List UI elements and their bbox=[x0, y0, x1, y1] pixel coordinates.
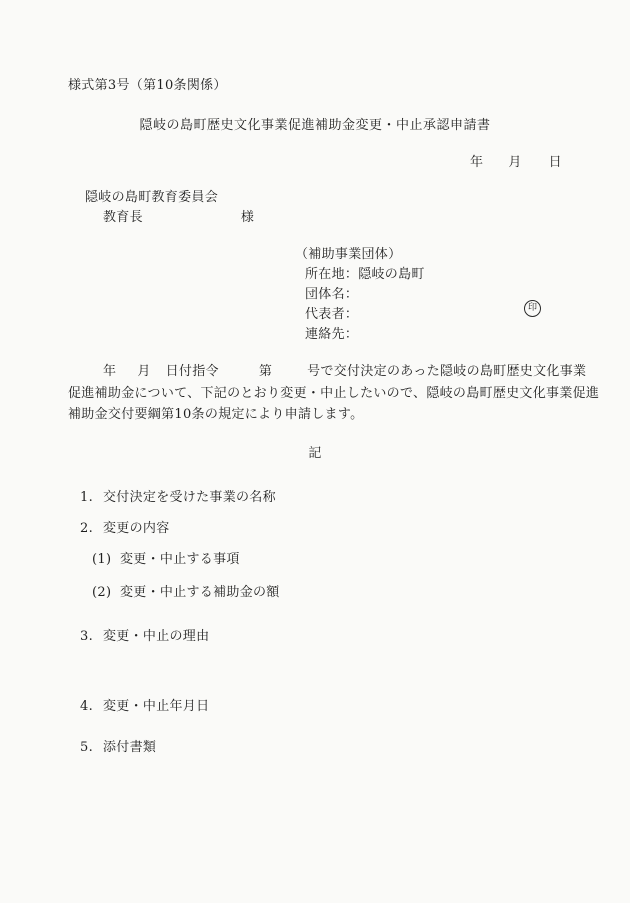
applicant-address-row: 所在地：隠岐の島町 bbox=[295, 265, 425, 285]
list-item-1-text: 交付決定を受けた事業の名称 bbox=[103, 490, 276, 506]
list-subitem-1: (1)変更・中止する事項 bbox=[92, 552, 240, 568]
list-item-3-number: 3. bbox=[80, 629, 103, 645]
seal-icon: 印 bbox=[524, 300, 541, 317]
applicant-heading: （補助事業団体） bbox=[295, 245, 425, 265]
list-item-1: 1.交付決定を受けた事業の名称 bbox=[80, 490, 276, 506]
date-day-label: 日 bbox=[549, 155, 562, 170]
list-item-4-number: 4. bbox=[80, 699, 103, 715]
addressee-organization: 隠岐の島町教育委員会 bbox=[85, 190, 218, 206]
date-line: 年月日 bbox=[470, 155, 562, 171]
document-page: 様式第3号（第10条関係） 隠岐の島町歴史文化事業促進補助金変更・中止承認申請書… bbox=[0, 0, 630, 903]
list-item-1-number: 1. bbox=[80, 490, 103, 506]
list-subitem-2: (2)変更・中止する補助金の額 bbox=[92, 585, 280, 601]
form-number: 様式第3号（第10条関係） bbox=[68, 78, 227, 94]
list-item-2: 2.変更の内容 bbox=[80, 521, 170, 537]
applicant-contact-row: 連絡先： bbox=[295, 325, 425, 345]
body-paragraph-line1: 年月日付指令第号で交付決定のあった隠岐の島町歴史文化事業 bbox=[68, 364, 586, 380]
list-item-2-text: 変更の内容 bbox=[103, 521, 170, 537]
address-label: 所在地： bbox=[305, 267, 358, 282]
addressee-line: 教育長様 bbox=[103, 210, 254, 226]
list-item-5: 5.添付書類 bbox=[80, 740, 156, 756]
body-month-blank: 月 bbox=[137, 364, 150, 379]
list-subitem-1-number: (1) bbox=[92, 552, 120, 568]
list-item-4-text: 変更・中止年月日 bbox=[103, 699, 209, 715]
list-subitem-2-number: (2) bbox=[92, 585, 120, 601]
list-subitem-1-text: 変更・中止する事項 bbox=[120, 552, 240, 568]
group-label: 団体名： bbox=[305, 287, 358, 302]
date-year-label: 年 bbox=[470, 155, 483, 170]
applicant-group-row: 団体名： bbox=[295, 285, 425, 305]
list-item-4: 4.変更・中止年月日 bbox=[80, 699, 209, 715]
list-item-3: 3.変更・中止の理由 bbox=[80, 629, 209, 645]
document-title: 隠岐の島町歴史文化事業促進補助金変更・中止承認申請書 bbox=[0, 118, 630, 134]
body-line1-rest: 号で交付決定のあった隠岐の島町歴史文化事業 bbox=[307, 364, 586, 379]
list-subitem-2-text: 変更・中止する補助金の額 bbox=[120, 585, 280, 601]
list-item-5-number: 5. bbox=[80, 740, 103, 756]
addressee-honorific: 様 bbox=[241, 210, 254, 225]
applicant-representative-row: 代表者： bbox=[295, 305, 425, 325]
applicant-block: （補助事業団体） 所在地：隠岐の島町 団体名： 代表者： 連絡先： bbox=[295, 245, 425, 345]
date-month-label: 月 bbox=[508, 155, 521, 170]
list-item-3-text: 変更・中止の理由 bbox=[103, 629, 209, 645]
representative-label: 代表者： bbox=[305, 307, 358, 322]
body-number-prefix: 第 bbox=[259, 364, 272, 379]
seal-character: 印 bbox=[528, 304, 537, 313]
list-item-2-number: 2. bbox=[80, 521, 103, 537]
addressee-position: 教育長 bbox=[103, 210, 143, 225]
address-value: 隠岐の島町 bbox=[358, 267, 425, 282]
body-year-blank: 年 bbox=[103, 364, 116, 379]
body-paragraph-line2: 促進補助金について、下記のとおり変更・中止したいので、隠岐の島町歴史文化事業促進 bbox=[68, 386, 599, 402]
record-heading: 記 bbox=[0, 446, 630, 462]
contact-label: 連絡先： bbox=[305, 327, 358, 342]
list-item-5-text: 添付書類 bbox=[103, 740, 156, 756]
body-directive-label: 日付指令 bbox=[166, 364, 219, 379]
body-paragraph-line3: 補助金交付要綱第10条の規定により申請します。 bbox=[68, 407, 363, 423]
